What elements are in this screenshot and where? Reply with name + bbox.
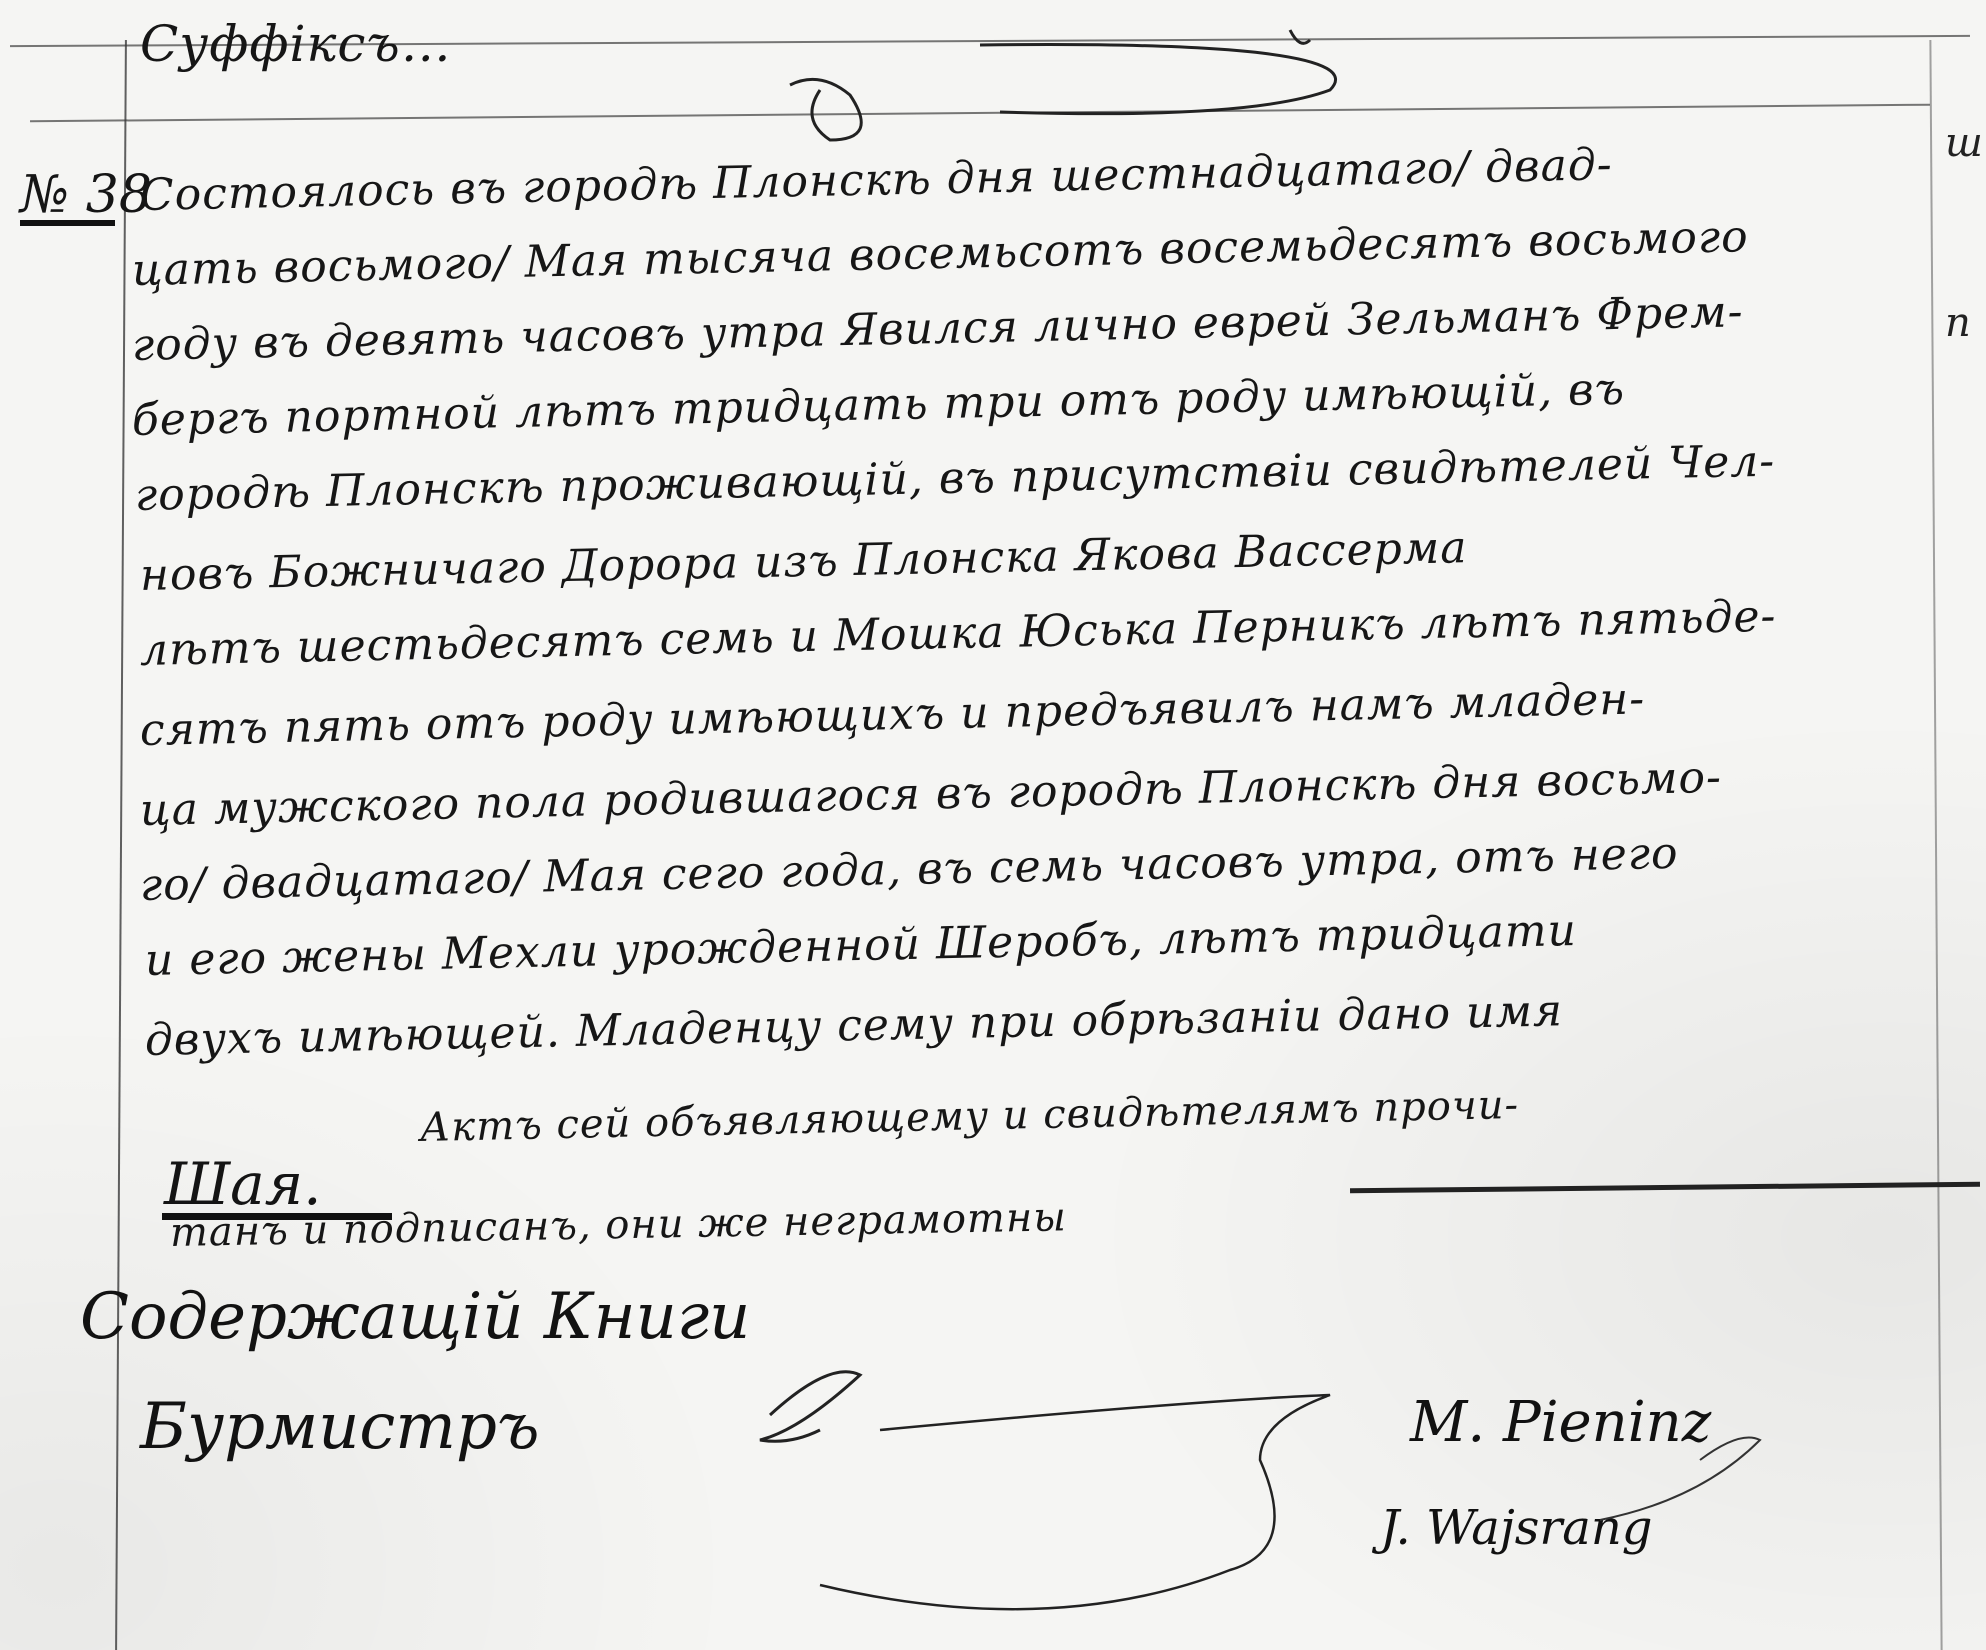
flourish-strokes: [0, 0, 1986, 1650]
document-page: Суффіксъ… № 38 Состоялось въ городѣ Плон…: [0, 0, 1986, 1650]
